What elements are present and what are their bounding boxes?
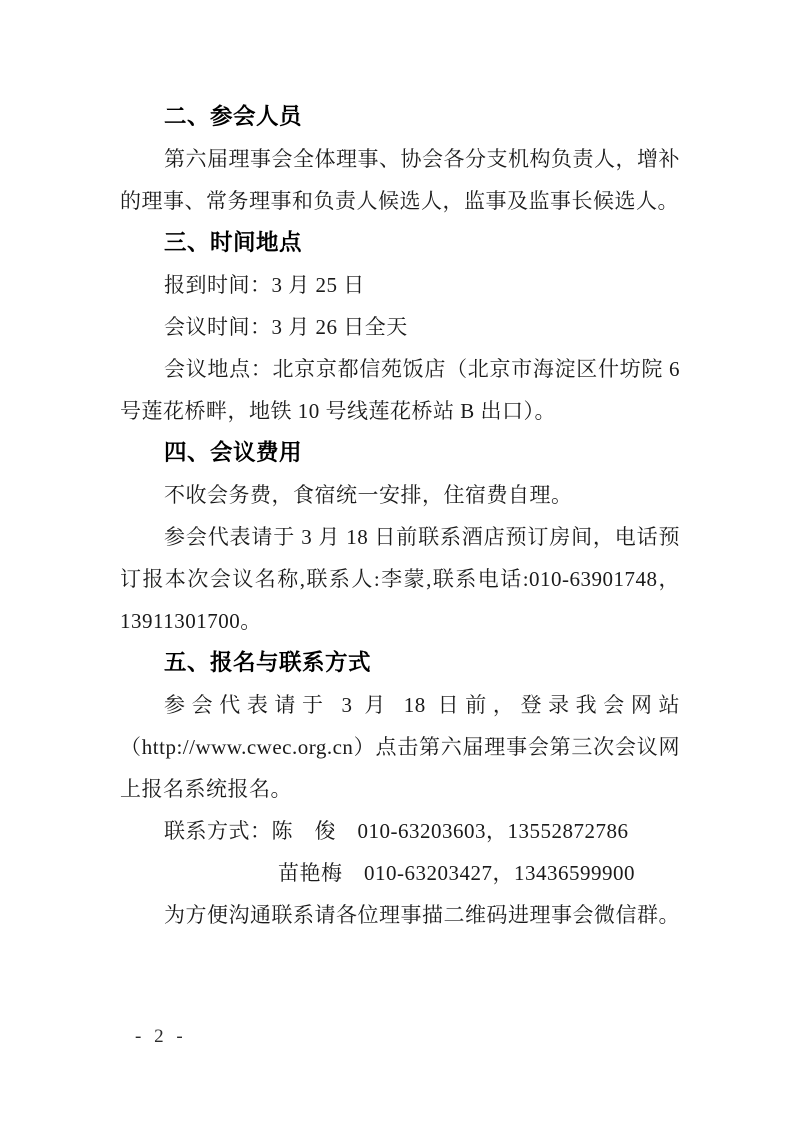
page-footer: - 2 - [135,1026,187,1048]
paragraph-meeting-time: 会议时间：3 月 26 日全天 [120,306,680,348]
paragraph-meeting-location: 会议地点：北京京都信苑饭店（北京市海淀区什坊院 6 号莲花桥畔，地铁 10 号线… [120,348,680,432]
document-body: 二、参会人员 第六届理事会全体理事、协会各分支机构负责人，增补的理事、常务理事和… [120,0,680,936]
page-number: - 2 - [135,1026,187,1047]
paragraph-hotel-booking: 参会代表请于 3 月 18 日前联系酒店预订房间，电话预订报本次会议名称,联系人… [120,516,680,642]
paragraph-wechat-group: 为方便沟通联系请各位理事描二维码进理事会微信群。 [120,894,680,936]
paragraph-fees: 不收会务费，食宿统一安排，住宿费自理。 [120,474,680,516]
paragraph-contact-line-2: 苗艳梅 010-63203427，13436599900 [120,852,680,894]
paragraph-checkin-time: 报到时间：3 月 25 日 [120,264,680,306]
heading-registration-contact: 五、报名与联系方式 [120,642,680,684]
paragraph-online-registration: 参会代表请于 3 月 18 日前，登录我会网站（http://www.cwec.… [120,684,680,810]
heading-time-location: 三、时间地点 [120,222,680,264]
heading-fees: 四、会议费用 [120,432,680,474]
paragraph-contact-line-1: 联系方式：陈 俊 010-63203603，13552872786 [120,810,680,852]
paragraph-attendees: 第六届理事会全体理事、协会各分支机构负责人，增补的理事、常务理事和负责人候选人，… [120,138,680,222]
document-page: 二、参会人员 第六届理事会全体理事、协会各分支机构负责人，增补的理事、常务理事和… [0,0,800,1131]
heading-attendees: 二、参会人员 [120,96,680,138]
